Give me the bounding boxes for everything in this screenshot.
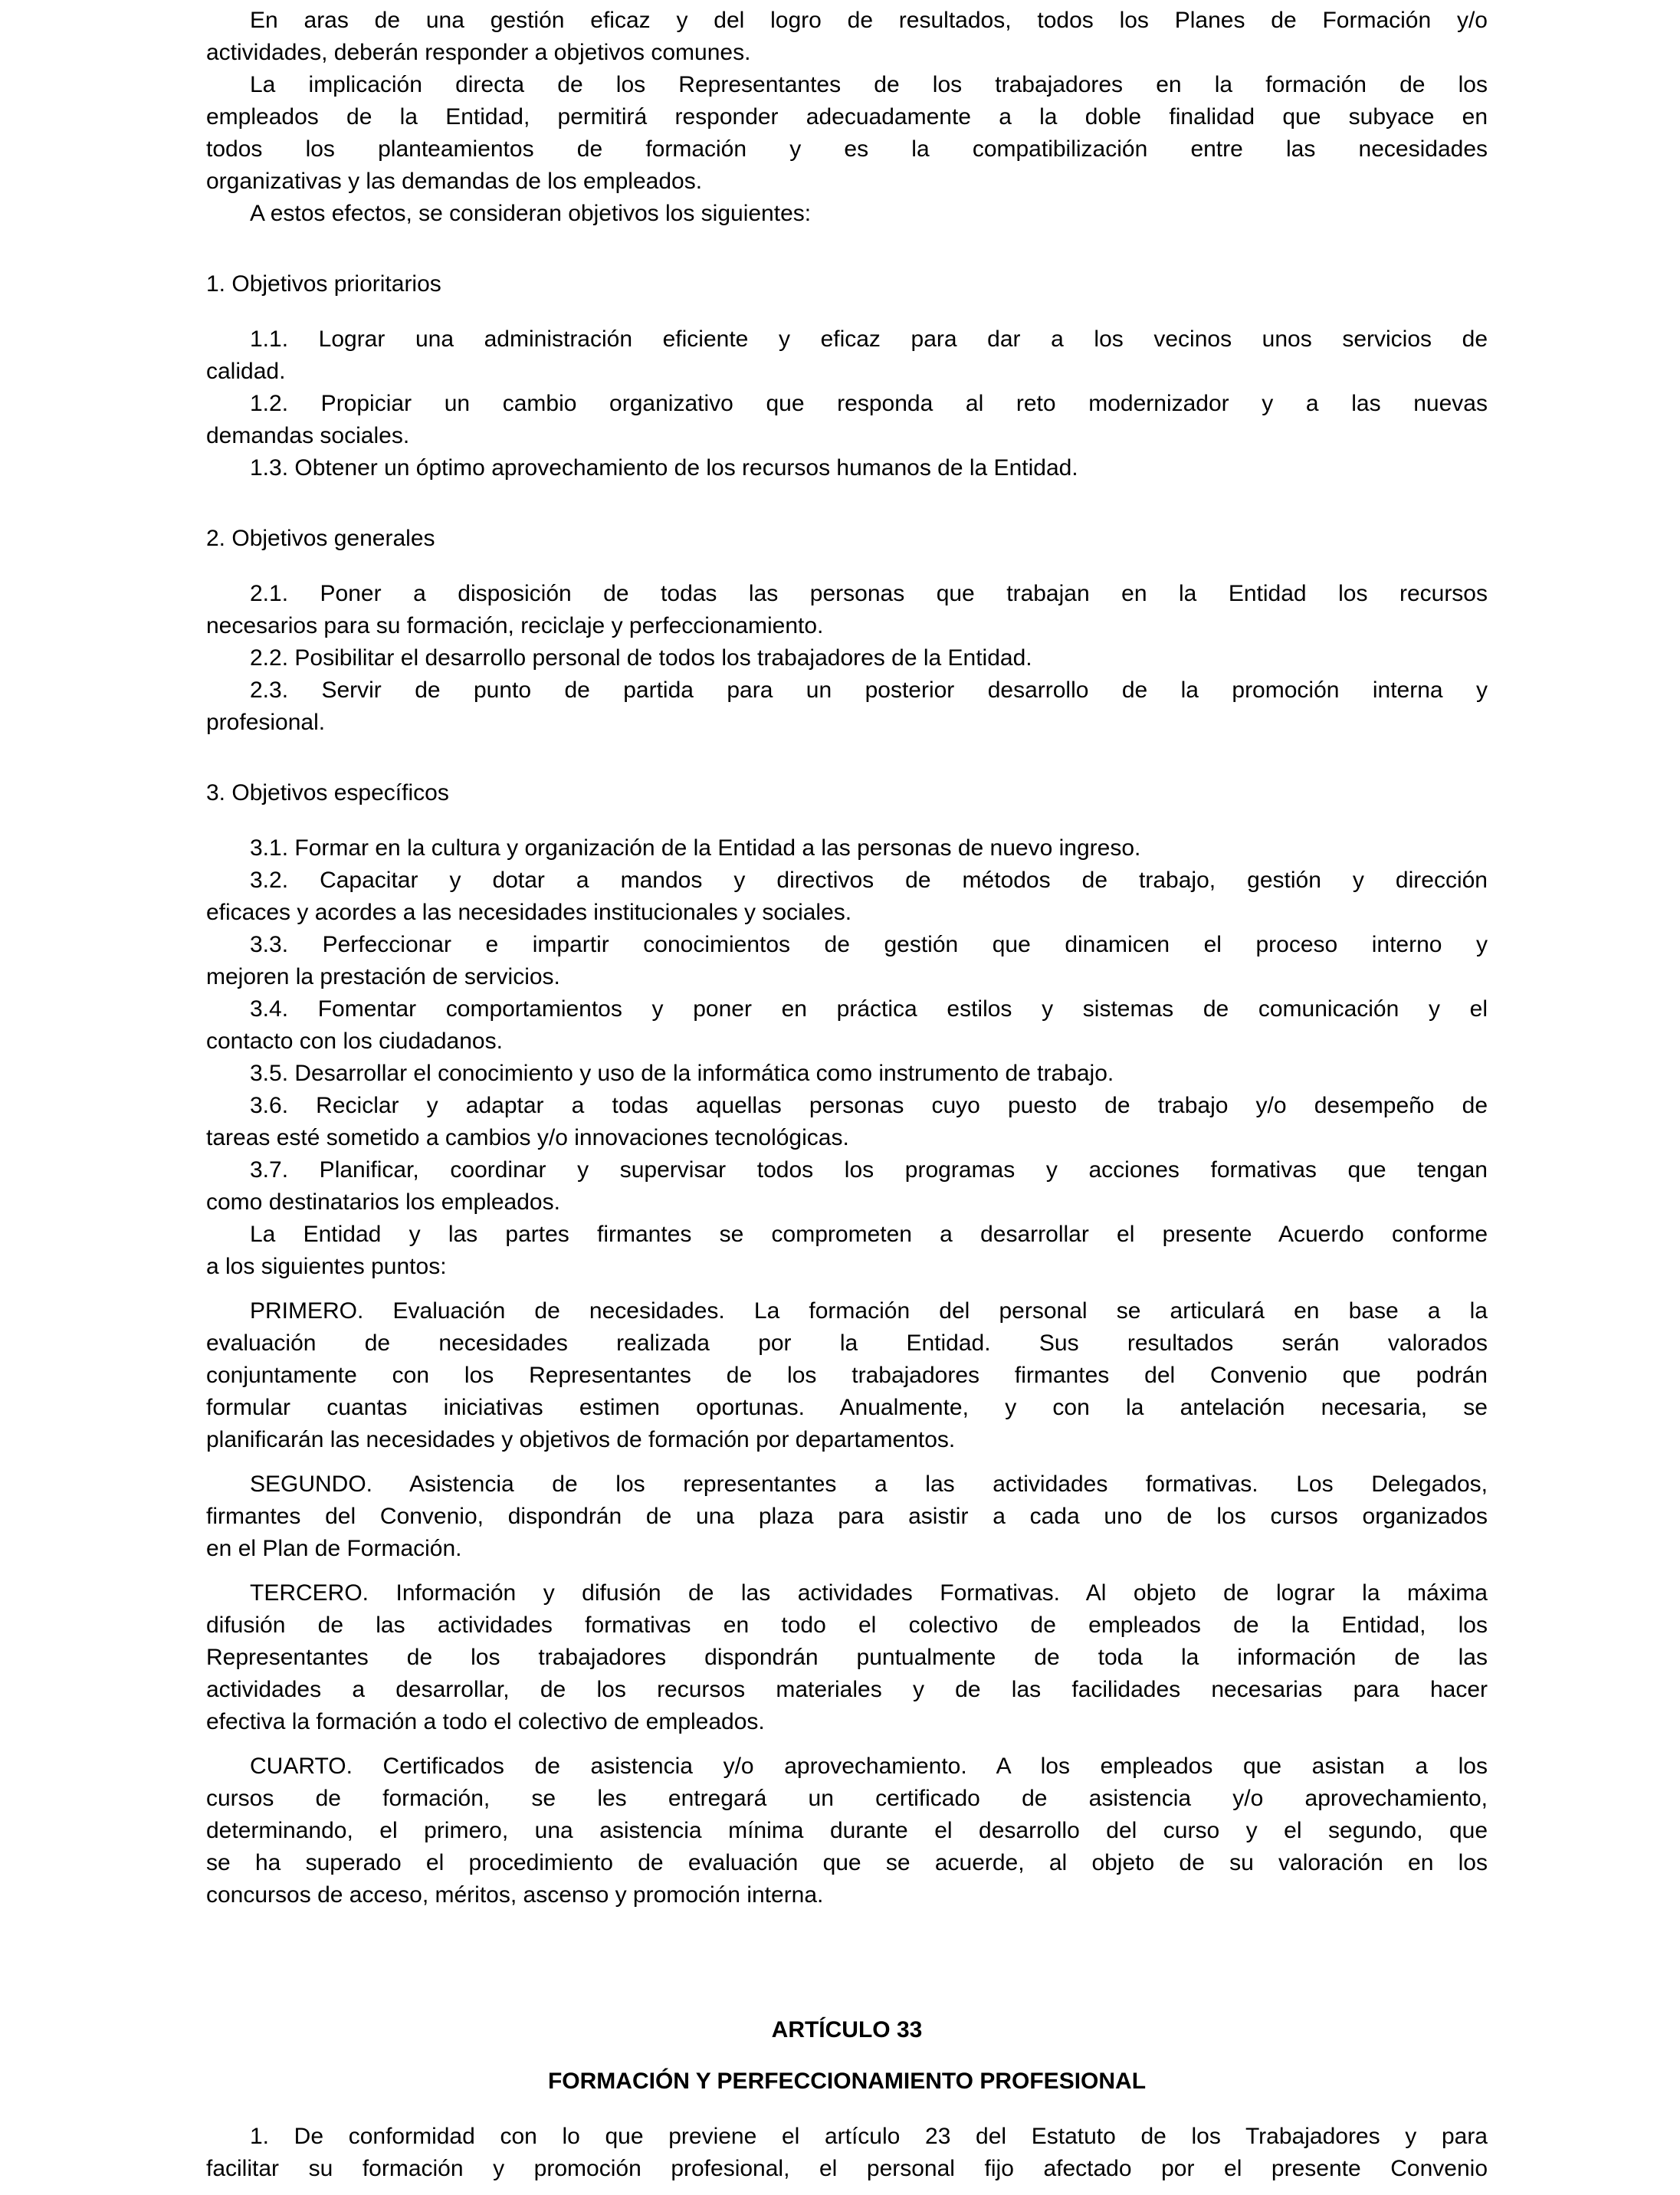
text-line: contacto con los ciudadanos. [206,1025,1488,1058]
objective-3-1: 3.1. Formar en la cultura y organización… [206,832,1488,865]
document-page: En aras de una gestión eficaz y del logr… [0,0,1680,2195]
objective-1-1: 1.1. Lograr una administración eficiente… [206,323,1488,388]
paragraph-primero: PRIMERO. Evaluación de necesidades. La f… [206,1295,1488,1456]
text-line: planificarán las necesidades y objetivos… [206,1424,1488,1456]
text-line: TERCERO. Información y difusión de las a… [206,1577,1488,1609]
objective-3-6: 3.6. Reciclar y adaptar a todas aquellas… [206,1090,1488,1154]
text-line: 2.2. Posibilitar el desarrollo personal … [206,642,1488,674]
objective-2-2: 2.2. Posibilitar el desarrollo personal … [206,642,1488,674]
paragraph-conformidad: 1. De conformidad con lo que previene el… [206,2121,1488,2185]
text-line: 3.7. Planificar, coordinar y supervisar … [206,1154,1488,1186]
text-line: 1. De conformidad con lo que previene el… [206,2121,1488,2153]
paragraph-intro: En aras de una gestión eficaz y del logr… [206,5,1488,69]
document-text-block: En aras de una gestión eficaz y del logr… [206,5,1488,2185]
text-line: profesional. [206,707,1488,739]
text-line: 1.2. Propiciar un cambio organizativo qu… [206,388,1488,420]
text-line: conjuntamente con los Representantes de … [206,1360,1488,1392]
paragraph-entidad: La Entidad y las partes firmantes se com… [206,1219,1488,1283]
text-line: mejoren la prestación de servicios. [206,961,1488,993]
text-line: en el Plan de Formación. [206,1533,1488,1565]
text-line: 3.3. Perfeccionar e impartir conocimient… [206,929,1488,961]
text-line: PRIMERO. Evaluación de necesidades. La f… [206,1295,1488,1327]
text-line: tareas esté sometido a cambios y/o innov… [206,1122,1488,1154]
text-line: 3.4. Fomentar comportamientos y poner en… [206,993,1488,1025]
text-line: organizativas y las demandas de los empl… [206,166,1488,198]
text-line: todos los planteamientos de formación y … [206,133,1488,166]
text-line: difusión de las actividades formativas e… [206,1609,1488,1642]
text-line: eficaces y acordes a las necesidades ins… [206,897,1488,929]
section-heading-2: 2. Objetivos generales [206,523,1488,555]
text-line: facilitar su formación y promoción profe… [206,2153,1488,2185]
article-subheading: FORMACIÓN Y PERFECCIONAMIENTO PROFESIONA… [206,2065,1488,2098]
text-line: 2.1. Poner a disposición de todas las pe… [206,578,1488,610]
paragraph-efectos: A estos efectos, se consideran objetivos… [206,198,1488,230]
paragraph-tercero: TERCERO. Información y difusión de las a… [206,1577,1488,1738]
text-line: SEGUNDO. Asistencia de los representante… [206,1468,1488,1501]
text-line: La Entidad y las partes firmantes se com… [206,1219,1488,1251]
text-line: actividades a desarrollar, de los recurs… [206,1674,1488,1706]
text-line: A estos efectos, se consideran objetivos… [206,198,1488,230]
text-line: 1.1. Lograr una administración eficiente… [206,323,1488,356]
text-line: formular cuantas iniciativas estimen opo… [206,1392,1488,1424]
text-line: 3.1. Formar en la cultura y organización… [206,832,1488,865]
text-line: a los siguientes puntos: [206,1251,1488,1283]
text-line: determinando, el primero, una asistencia… [206,1815,1488,1847]
text-line: se ha superado el procedimiento de evalu… [206,1847,1488,1879]
text-line: Representantes de los trabajadores dispo… [206,1642,1488,1674]
objective-2-3: 2.3. Servir de punto de partida para un … [206,674,1488,739]
text-line: cursos de formación, se les entregará un… [206,1783,1488,1815]
objective-1-2: 1.2. Propiciar un cambio organizativo qu… [206,388,1488,452]
article-heading: ARTÍCULO 33 [206,2014,1488,2046]
objective-1-3: 1.3. Obtener un óptimo aprovechamiento d… [206,452,1488,484]
text-line: CUARTO. Certificados de asistencia y/o a… [206,1750,1488,1783]
text-line: actividades, deberán responder a objetiv… [206,37,1488,69]
text-line: En aras de una gestión eficaz y del logr… [206,5,1488,37]
text-line: firmantes del Convenio, dispondrán de un… [206,1501,1488,1533]
text-line: 1.3. Obtener un óptimo aprovechamiento d… [206,452,1488,484]
text-line: La implicación directa de los Representa… [206,69,1488,101]
section-heading-1: 1. Objetivos prioritarios [206,268,1488,300]
objective-3-2: 3.2. Capacitar y dotar a mandos y direct… [206,865,1488,929]
objective-3-7: 3.7. Planificar, coordinar y supervisar … [206,1154,1488,1219]
section-heading-3: 3. Objetivos específicos [206,777,1488,809]
paragraph-implicacion: La implicación directa de los Representa… [206,69,1488,198]
text-line: efectiva la formación a todo el colectiv… [206,1706,1488,1738]
text-line: demandas sociales. [206,420,1488,452]
text-line: 3.6. Reciclar y adaptar a todas aquellas… [206,1090,1488,1122]
text-line: 3.5. Desarrollar el conocimiento y uso d… [206,1058,1488,1090]
text-line: 3.2. Capacitar y dotar a mandos y direct… [206,865,1488,897]
text-line: 2.3. Servir de punto de partida para un … [206,674,1488,707]
objective-3-3: 3.3. Perfeccionar e impartir conocimient… [206,929,1488,993]
text-line: calidad. [206,356,1488,388]
objective-2-1: 2.1. Poner a disposición de todas las pe… [206,578,1488,642]
text-line: como destinatarios los empleados. [206,1186,1488,1219]
objective-3-4: 3.4. Fomentar comportamientos y poner en… [206,993,1488,1058]
text-line: empleados de la Entidad, permitirá respo… [206,101,1488,133]
paragraph-cuarto: CUARTO. Certificados de asistencia y/o a… [206,1750,1488,1911]
text-line: concursos de acceso, méritos, ascenso y … [206,1879,1488,1911]
paragraph-segundo: SEGUNDO. Asistencia de los representante… [206,1468,1488,1565]
text-line: evaluación de necesidades realizada por … [206,1327,1488,1360]
objective-3-5: 3.5. Desarrollar el conocimiento y uso d… [206,1058,1488,1090]
text-line: necesarios para su formación, reciclaje … [206,610,1488,642]
